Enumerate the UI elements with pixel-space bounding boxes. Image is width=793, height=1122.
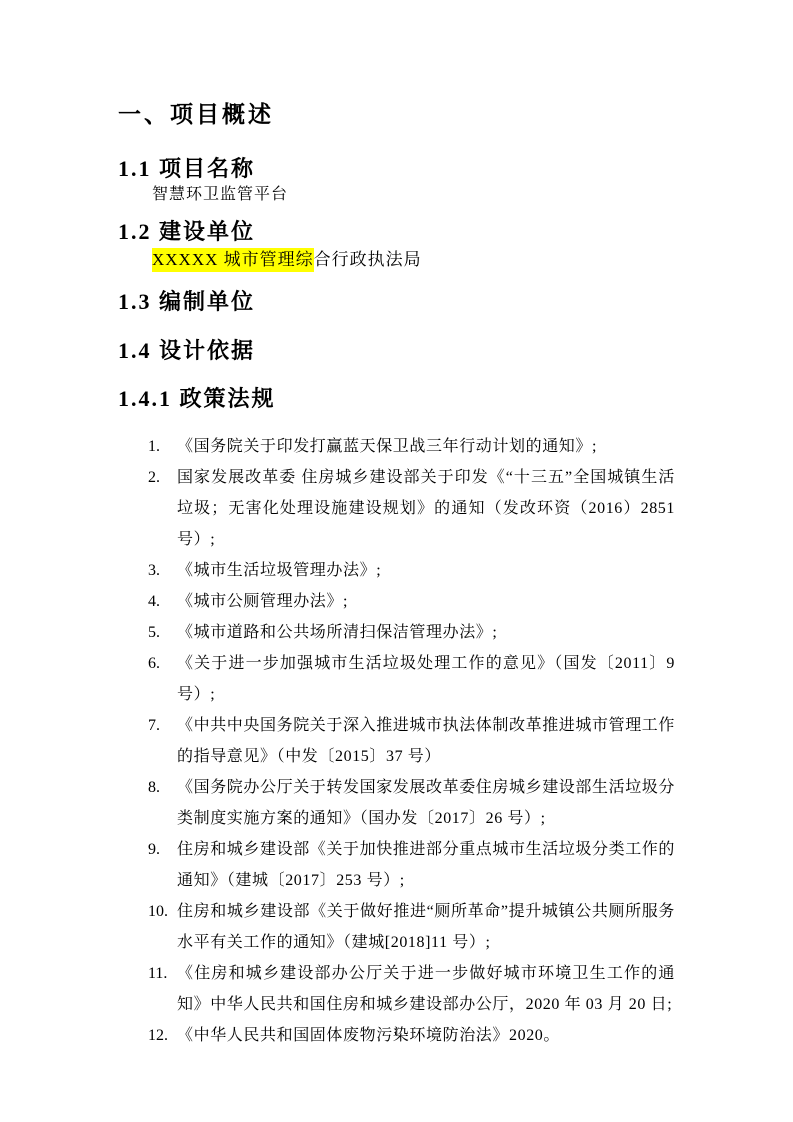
construction-unit-rest: 合行政执法局 [314,250,422,269]
list-item-text: 《关于进一步加强城市生活垃圾处理工作的意见》（国发〔2011〕9 号）; [177,648,675,710]
list-item-number: 11. [148,958,177,989]
list-item-number: 4. [148,586,177,617]
list-item: 6. 《关于进一步加强城市生活垃圾处理工作的意见》（国发〔2011〕9 号）; [148,648,675,710]
list-item-number: 8. [148,772,177,803]
chapter-heading: 一、项目概述 [118,101,675,129]
list-item: 10. 住房和城乡建设部《关于做好推进“厕所革命”提升城镇公共厕所服务水平有关工… [148,896,675,958]
list-item: 1. 《国务院关于印发打赢蓝天保卫战三年行动计划的通知》; [148,431,675,462]
list-item-number: 3. [148,555,177,586]
section-1-1-heading: 1.1 项目名称 [118,155,675,183]
project-name-text: 智慧环卫监管平台 [152,183,675,207]
list-item-text: 住房和城乡建设部《关于做好推进“厕所革命”提升城镇公共厕所服务水平有关工作的通知… [177,896,675,958]
list-item: 3. 《城市生活垃圾管理办法》; [148,555,675,586]
list-item: 9. 住房和城乡建设部《关于加快推进部分重点城市生活垃圾分类工作的通知》（建城〔… [148,834,675,896]
policy-list: 1. 《国务院关于印发打赢蓝天保卫战三年行动计划的通知》; 2. 国家发展改革委… [148,431,675,1051]
list-item-number: 2. [148,462,177,493]
construction-unit-line: XXXXX 城市管理综合行政执法局 [152,246,675,273]
list-item-number: 7. [148,710,177,741]
list-item-number: 9. [148,834,177,865]
list-item: 4. 《城市公厕管理办法》; [148,586,675,617]
list-item-number: 1. [148,431,177,462]
list-item-text: 国家发展改革委 住房城乡建设部关于印发《“十三五”全国城镇生活垃圾；无害化处理设… [177,462,675,555]
page-number: 1 [0,1024,793,1040]
list-item-text: 《城市公厕管理办法》; [177,586,675,617]
document-page: 一、项目概述 1.1 项目名称 智慧环卫监管平台 1.2 建设单位 XXXXX … [0,0,793,1122]
list-item-number: 10. [148,896,177,927]
list-item: 8. 《国务院办公厅关于转发国家发展改革委住房城乡建设部生活垃圾分类制度实施方案… [148,772,675,834]
list-item-number: 6. [148,648,177,679]
document-content: 一、项目概述 1.1 项目名称 智慧环卫监管平台 1.2 建设单位 XXXXX … [0,101,793,1051]
list-item-text: 《住房和城乡建设部办公厅关于进一步做好城市环境卫生工作的通知》中华人民共和国住房… [177,958,675,1020]
list-item: 5. 《城市道路和公共场所清扫保洁管理办法》; [148,617,675,648]
section-1-4-heading: 1.4 设计依据 [118,337,675,365]
section-1-3-heading: 1.3 编制单位 [118,288,675,316]
list-item-text: 《国务院关于印发打赢蓝天保卫战三年行动计划的通知》; [177,431,675,462]
section-1-4-1-heading: 1.4.1 政策法规 [118,385,675,413]
list-item: 2. 国家发展改革委 住房城乡建设部关于印发《“十三五”全国城镇生活垃圾；无害化… [148,462,675,555]
list-item-text: 《中共中央国务院关于深入推进城市执法体制改革推进城市管理工作的指导意见》（中发〔… [177,710,675,772]
list-item-text: 《城市道路和公共场所清扫保洁管理办法》; [177,617,675,648]
section-1-2-heading: 1.2 建设单位 [118,218,675,246]
list-item-text: 《城市生活垃圾管理办法》; [177,555,675,586]
list-item-number: 5. [148,617,177,648]
list-item: 11. 《住房和城乡建设部办公厅关于进一步做好城市环境卫生工作的通知》中华人民共… [148,958,675,1020]
highlighted-text: XXXXX 城市管理综 [152,248,314,272]
list-item: 7. 《中共中央国务院关于深入推进城市执法体制改革推进城市管理工作的指导意见》（… [148,710,675,772]
list-item-text: 住房和城乡建设部《关于加快推进部分重点城市生活垃圾分类工作的通知》（建城〔201… [177,834,675,896]
list-item-text: 《国务院办公厅关于转发国家发展改革委住房城乡建设部生活垃圾分类制度实施方案的通知… [177,772,675,834]
